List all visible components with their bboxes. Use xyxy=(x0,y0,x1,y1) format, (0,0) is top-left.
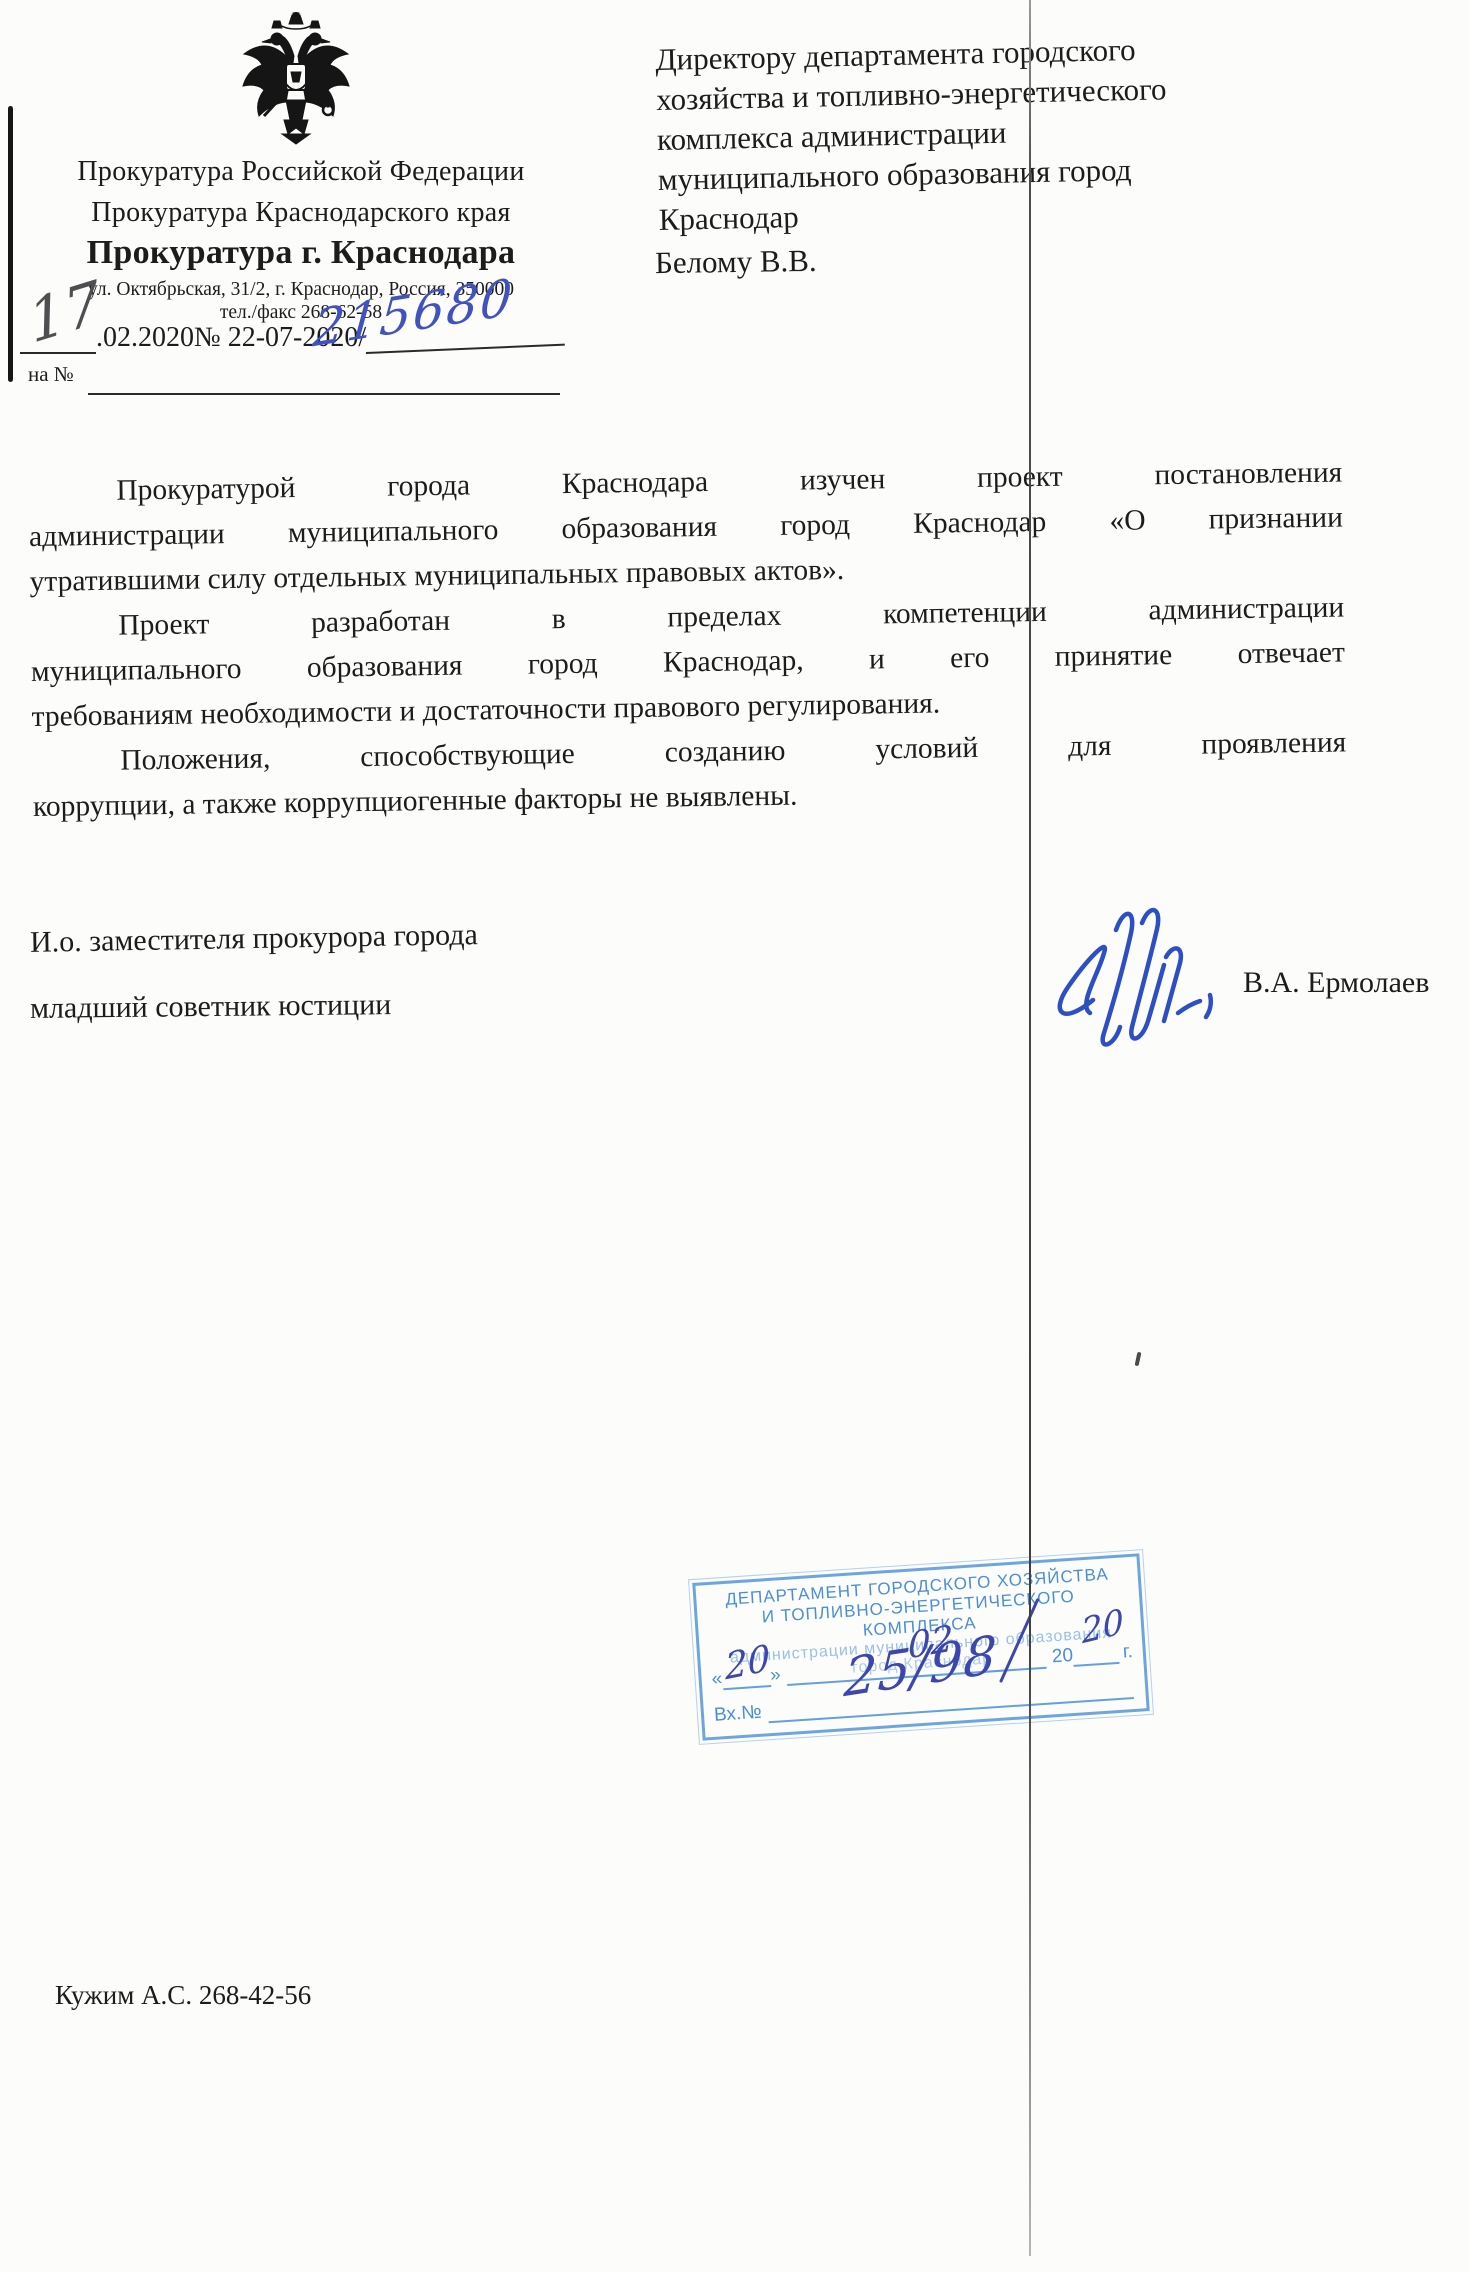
stamp-year-suffix: г. xyxy=(1122,1641,1133,1664)
letter-body: Прокуратурой города Краснодара изучен пр… xyxy=(28,451,1347,830)
vertical-fold-line xyxy=(1029,0,1031,2256)
signer-position-line2: младший советник юстиции xyxy=(30,988,392,1026)
recipient-address: Директору департамента городского хозяйс… xyxy=(655,26,1339,240)
scanned-letter-page: Прокуратура Российской Федерации Прокура… xyxy=(0,0,1469,2272)
left-edge-scan-mark xyxy=(8,106,13,382)
date-text: .02.2020 xyxy=(96,322,194,354)
letterhead-org-level1: Прокуратура Российской Федерации xyxy=(18,156,584,188)
handwritten-signature xyxy=(1038,895,1233,1060)
incoming-registration-stamp: ДЕПАРТАМЕНТ ГОРОДСКОГО ХОЗЯЙСТВА И ТОПЛИ… xyxy=(692,1553,1149,1740)
reference-number-blank xyxy=(88,393,560,395)
signer-position-line1: И.о. заместителя прокурора города xyxy=(30,918,478,960)
coat-of-arms-russia-icon xyxy=(236,12,356,154)
reference-number-label: на № xyxy=(28,362,74,387)
recipient-name: Белому В.В. xyxy=(655,243,817,281)
ink-tick-artifact xyxy=(1135,1352,1142,1367)
stamp-year-prefix: 20 xyxy=(1051,1645,1074,1668)
letterhead-org-level3: Прокуратура г. Краснодара xyxy=(18,234,584,272)
signer-name: В.А. Ермолаев xyxy=(1243,966,1429,1000)
letterhead-org-level2: Прокуратура Краснодарского края xyxy=(18,197,584,229)
executor-contact: Кужим А.С. 268-42-56 xyxy=(55,1980,311,2011)
stamp-incoming-label: Вх.№ xyxy=(713,1702,762,1727)
stamp-close-quote: » xyxy=(769,1664,781,1687)
